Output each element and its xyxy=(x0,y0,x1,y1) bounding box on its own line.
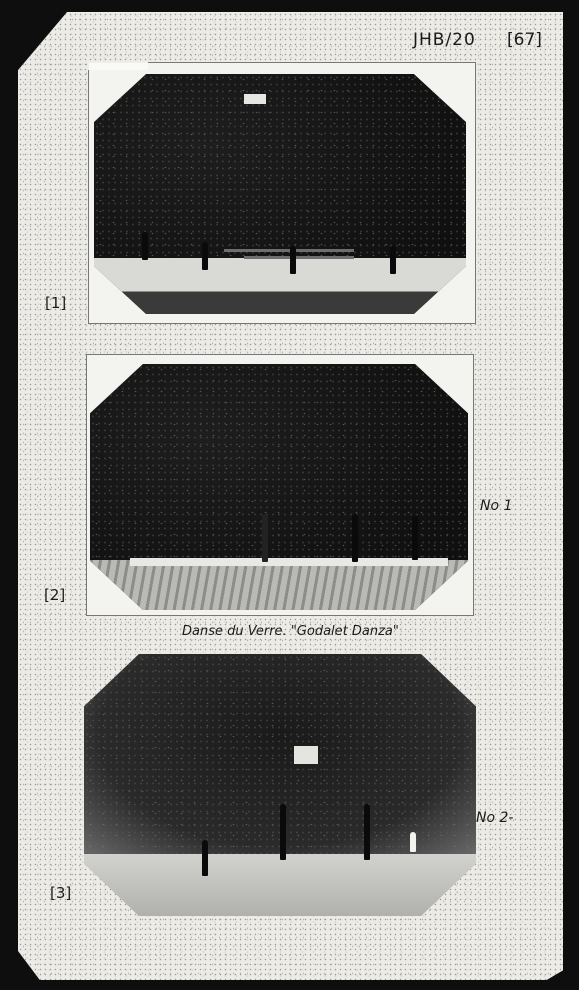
dancer-figure xyxy=(390,246,396,274)
dancer-figure xyxy=(262,514,268,562)
photo-3-mount xyxy=(84,654,476,916)
photo-1-mount xyxy=(88,62,476,324)
photo-3-side-note: No 2- xyxy=(476,810,513,826)
ground-area xyxy=(84,854,476,916)
dancer-figure xyxy=(202,242,208,270)
scan-background: JHB/20 [67] [1] [2] No 1 D xyxy=(0,0,579,990)
dancer-figure xyxy=(202,840,208,876)
photo-2-side-note: No 1 xyxy=(480,498,512,514)
bench xyxy=(224,249,354,252)
photo-3-index: [3] xyxy=(50,884,71,902)
spectator-figure xyxy=(410,832,416,852)
reference-code: JHB/20 xyxy=(413,30,476,50)
photo-2-mount xyxy=(86,354,474,616)
photo-1-index: [1] xyxy=(45,294,66,312)
dancer-figure xyxy=(352,514,358,562)
corner-tape xyxy=(88,62,148,70)
photo-3 xyxy=(84,654,476,916)
sky-patch xyxy=(244,94,266,104)
stage-edge xyxy=(130,558,448,566)
page-number: [67] xyxy=(507,30,542,50)
dancer-figure xyxy=(280,804,286,860)
dancer-figure xyxy=(364,804,370,860)
dancer-figure xyxy=(412,516,418,560)
photo-caption: Danse du Verre. "Godalet Danza" xyxy=(182,624,399,639)
sky-patch xyxy=(294,746,318,764)
ground-area xyxy=(94,258,466,314)
bench xyxy=(244,256,354,259)
photo-1 xyxy=(94,74,466,314)
photo-2-index: [2] xyxy=(44,586,65,604)
wooden-floor xyxy=(90,560,468,610)
photo-2 xyxy=(90,364,468,610)
dancer-figure xyxy=(142,232,148,260)
dancer-figure xyxy=(290,246,296,274)
